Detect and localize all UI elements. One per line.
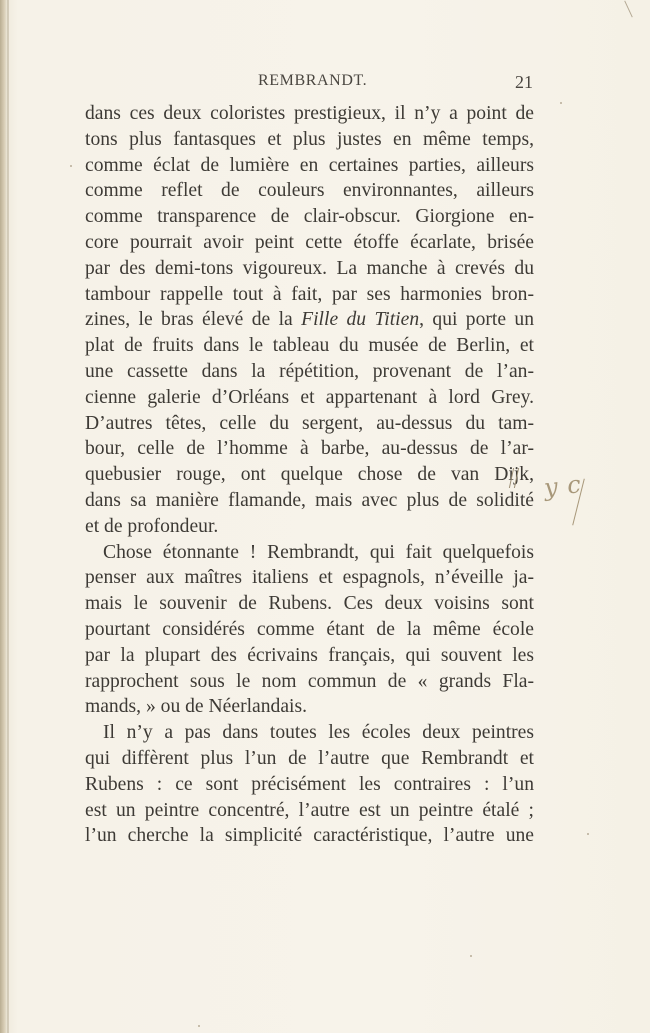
text-line: mais le souvenir de Rubens. Ces deux voi… — [85, 591, 534, 617]
text-run: , qui porte un — [419, 309, 534, 330]
text-line: core pourrait avoir peint cette étoffe é… — [85, 230, 534, 256]
text-line: l’un cherche la simplicité caractéristiq… — [85, 823, 534, 849]
paragraph-start-line: Chose étonnante ! Rembrandt, qui fait qu… — [85, 540, 534, 566]
pencil-corrected-letters: ij — [508, 464, 519, 485]
text-line: par la plupart des écrivains français, q… — [85, 643, 534, 669]
text-line: penser aux maîtres italiens et espagnols… — [85, 565, 534, 591]
paper-speck — [587, 833, 589, 835]
body-text: dans ces deux coloristes prestigieux, il… — [85, 101, 534, 849]
gutter-shadow — [7, 0, 9, 1033]
binding-gutter — [0, 0, 7, 1033]
text-run: k, — [519, 464, 534, 485]
text-line: zines, le bras élevé de la Fille du Titi… — [85, 307, 534, 333]
text-line: comme reflet de couleurs environnantes, … — [85, 178, 534, 204]
text-line: par des demi-tons vigoureux. La manche à… — [85, 256, 534, 282]
handwritten-margin-note: y c — [543, 470, 583, 502]
italic-title: Fille du Titien — [301, 309, 419, 330]
page-number: 21 — [515, 72, 533, 93]
paper-speck — [560, 102, 562, 104]
text-line: est un peintre concentré, l’autre est un… — [85, 798, 534, 824]
text-line: qui diffèrent plus l’un de l’autre que R… — [85, 746, 534, 772]
text-line: dans sa manière flamande, mais avec plus… — [85, 488, 534, 514]
text-run: zines, le bras élevé de la — [85, 309, 301, 330]
text-line: Rubens : ce sont précisément les contrai… — [85, 772, 534, 798]
text-line: tambour rappelle tout à fait, par ses ha… — [85, 282, 534, 308]
text-line: comme transparence de clair-obscur. Gior… — [85, 204, 534, 230]
text-line: une cassette dans la répétition, provena… — [85, 359, 534, 385]
text-line: mands, » ou de Néerlandais. — [85, 694, 534, 720]
book-page: REMBRANDT. 21 dans ces deux coloristes p… — [0, 0, 650, 1033]
text-line: D’autres têtes, celle du sergent, au-des… — [85, 411, 534, 437]
text-line: bour, celle de l’homme à barbe, au-dessu… — [85, 436, 534, 462]
text-line: comme éclat de lumière en certaines part… — [85, 153, 534, 179]
text-line: tons plus fantasques et plus justes en m… — [85, 127, 534, 153]
text-line: dans ces deux coloristes prestigieux, il… — [85, 101, 534, 127]
text-line: pourtant considérés comme étant de la mê… — [85, 617, 534, 643]
text-line: rapprochent sous le nom commun de « gran… — [85, 669, 534, 695]
running-title: REMBRANDT. — [258, 72, 367, 90]
paper-speck — [470, 955, 472, 957]
paper-speck — [70, 165, 72, 167]
text-run: quebusier rouge, ont quelque chose de va… — [85, 464, 508, 485]
pencil-mark-corner — [624, 1, 633, 18]
text-line: et de profondeur. — [85, 514, 534, 540]
paragraph-start-line: Il n’y a pas dans toutes les écoles deux… — [85, 720, 534, 746]
text-line: cienne galerie d’Orléans et appartenant … — [85, 385, 534, 411]
paper-speck — [198, 1025, 200, 1027]
running-header: REMBRANDT. 21 — [0, 72, 650, 94]
text-line: quebusier rouge, ont quelque chose de va… — [85, 462, 534, 488]
text-line: plat de fruits dans le tableau du musée … — [85, 333, 534, 359]
